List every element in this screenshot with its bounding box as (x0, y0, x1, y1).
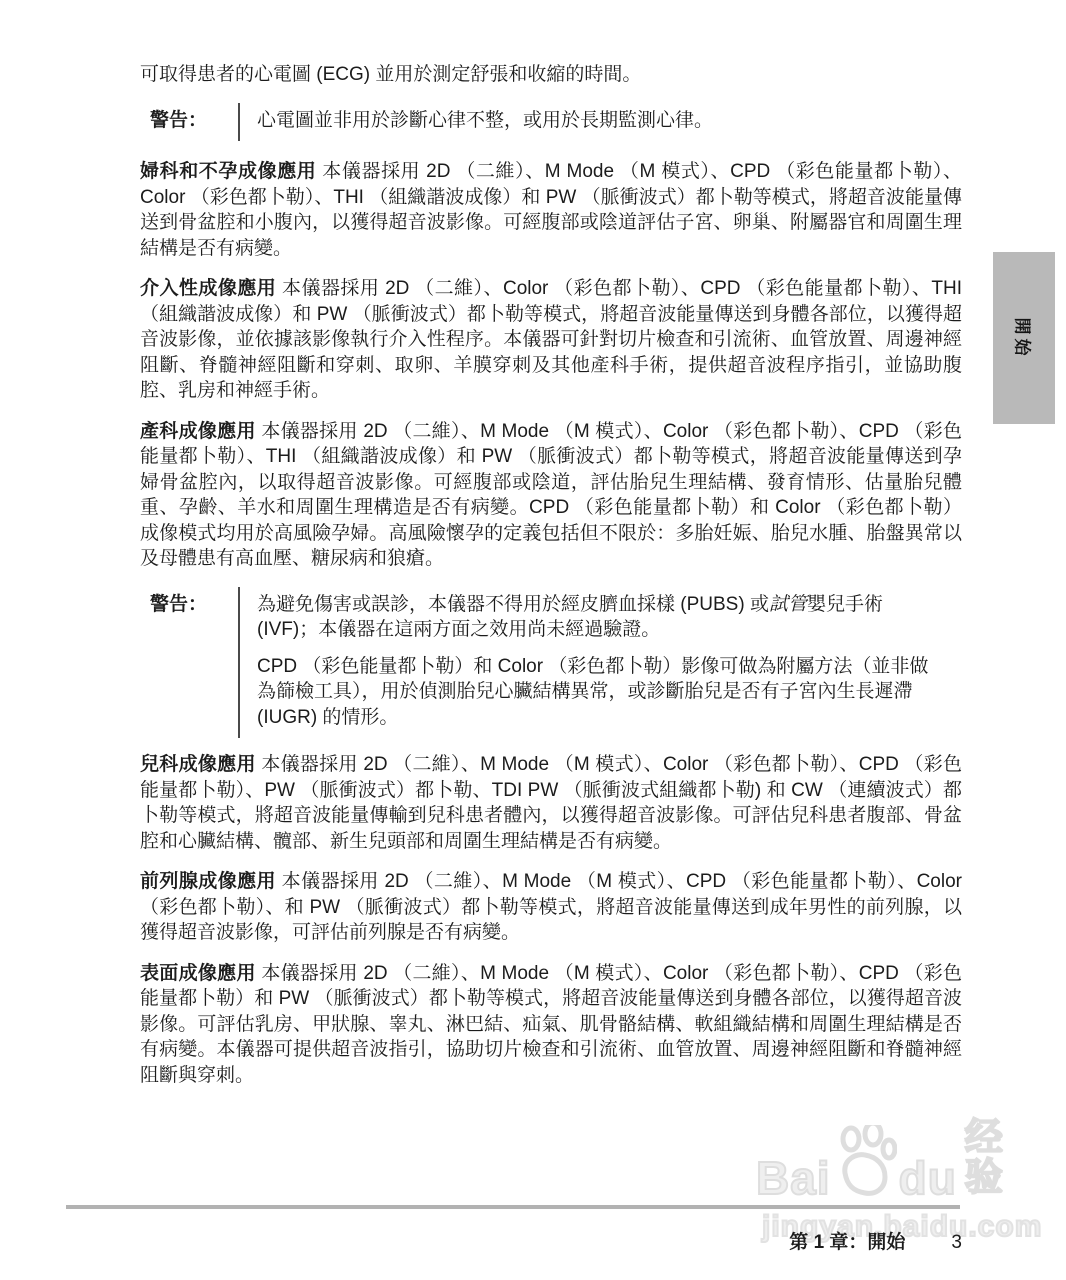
baidu-jingyan-watermark: Bai du 经验 jingyan.baidu.com (756, 1120, 1026, 1244)
paw-icon (833, 1125, 897, 1202)
watermark-brand-post: du (899, 1158, 957, 1198)
section-body: 本儀器採用 2D （二維）、M Mode （M 模式）、Color （彩色都卜勒… (140, 754, 962, 852)
watermark-brand-cn: 经验 (965, 1118, 1026, 1198)
warning-paragraph-pubs-ivf: 為避免傷害或誤診，本儀器不得用於經皮臍血採樣 (PUBS) 或試管嬰兒手術 (I… (257, 592, 929, 643)
intro-paragraph: 可取得患者的心電圖 (ECG) 並用於測定舒張和收縮的時間。 (140, 62, 962, 88)
section-heading: 前列腺成像應用 (140, 871, 276, 892)
section-body: 本儀器採用 2D （二維）、M Mode （M 模式）、Color （彩色都卜勒… (140, 421, 962, 570)
warning-label: 警告： (150, 587, 238, 739)
warning-text-pre: 為避免傷害或誤診，本儀器不得用於經皮臍血採樣 (PUBS) 或 (257, 594, 769, 615)
warning-text: 為避免傷害或誤診，本儀器不得用於經皮臍血採樣 (PUBS) 或試管嬰兒手術 (I… (238, 587, 929, 739)
paragraph-interventional: 介入性成像應用 本儀器採用 2D （二維）、Color （彩色都卜勒）、CPD … (140, 276, 962, 404)
watermark-brand-pre: Bai (756, 1158, 831, 1198)
warning-paragraph-cpd: CPD （彩色能量都卜勒）和 Color （彩色都卜勒）影像可做為附屬方法（並非… (257, 654, 929, 731)
warning-paragraph: 心電圖並非用於診斷心律不整，或用於長期監測心律。 (257, 108, 713, 134)
paragraph-gyn-infertility: 婦科和不孕成像應用 本儀器採用 2D （二維）、M Mode （M 模式）、CP… (140, 159, 962, 261)
warning-block-obstetric: 警告： 為避免傷害或誤診，本儀器不得用於經皮臍血採樣 (PUBS) 或試管嬰兒手… (150, 587, 962, 739)
watermark-logo: Bai du 经验 (756, 1120, 1026, 1198)
chapter-side-tab-label: 開始 (1012, 317, 1037, 359)
chapter-side-tab: 開始 (993, 252, 1055, 424)
section-body: 本儀器採用 2D （二維）、M Mode （M 模式）、Color （彩色都卜勒… (140, 963, 962, 1086)
section-heading: 兒科成像應用 (140, 754, 256, 775)
paragraph-obstetric: 產科成像應用 本儀器採用 2D （二維）、M Mode （M 模式）、Color… (140, 419, 962, 572)
paragraph-superficial: 表面成像應用 本儀器採用 2D （二維）、M Mode （M 模式）、Color… (140, 961, 962, 1089)
page-footer: 第 1 章：開始 3 (140, 1227, 962, 1254)
section-heading: 介入性成像應用 (140, 278, 276, 299)
section-heading: 產科成像應用 (140, 421, 256, 442)
footer-chapter-label: 第 1 章：開始 (789, 1227, 905, 1254)
section-heading: 婦科和不孕成像應用 (140, 161, 316, 182)
paragraph-prostate: 前列腺成像應用 本儀器採用 2D （二維）、M Mode （M 模式）、CPD … (140, 869, 962, 946)
paragraph-pediatric: 兒科成像應用 本儀器採用 2D （二維）、M Mode （M 模式）、Color… (140, 752, 962, 854)
warning-block-ecg: 警告： 心電圖並非用於診斷心律不整，或用於長期監測心律。 (150, 103, 962, 142)
page-body: 可取得患者的心電圖 (ECG) 並用於測定舒張和收縮的時間。 警告： 心電圖並非… (140, 62, 962, 1103)
footer-page-number: 3 (951, 1232, 962, 1254)
warning-text: 心電圖並非用於診斷心律不整，或用於長期監測心律。 (238, 103, 713, 142)
section-heading: 表面成像應用 (140, 963, 256, 984)
footer-rule (66, 1205, 960, 1209)
warning-text-italic: 試管 (769, 594, 807, 615)
warning-label: 警告： (150, 103, 238, 142)
